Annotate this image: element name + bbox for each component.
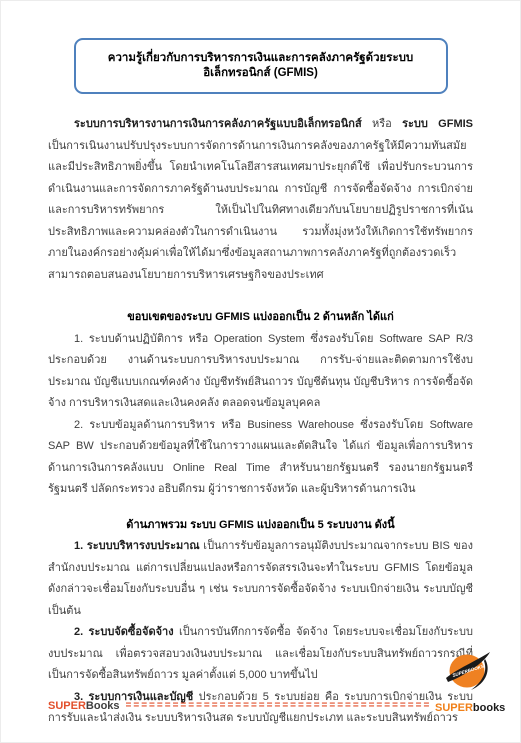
overview-item-2-lead: 2. ระบบจัดซื้อจัดจ้าง [74,626,174,638]
intro-body: เป็นการเนินงานปรับปรุงระบบการจัดการด้านก… [48,140,473,281]
document-title: ความรู้เกี่ยวกับการบริหารการเงินและการคล… [108,52,413,79]
overview-item-1: 1. ระบบบริหารงบประมาณ เป็นการรับข้อมูลกา… [48,536,473,622]
intro-lead-bold: ระบบการบริหารงานการเงินการคลังภาครัฐแบบอ… [74,118,362,130]
overview-section-heading: ด้านภาพรวม ระบบ GFMIS แบ่งออกเป็น 5 ระบบ… [48,515,473,537]
logo-text-super: SUPER [435,702,473,714]
logo-text-books: books [473,702,505,714]
superbooks-logo-text: SUPERbooks [435,702,505,714]
superbooks-logo: SUPERBOOKS SUPERbooks [435,698,501,713]
intro-paragraph: ระบบการบริหารงานการเงินการคลังภาครัฐแบบอ… [48,114,473,286]
document-title-box: ความรู้เกี่ยวกับการบริหารการเงินและการคล… [74,38,448,94]
scope-item-1: 1. ระบบด้านปฏิบัติการ หรือ Operation Sys… [48,329,473,415]
footer-divider-line: ========================================… [126,699,429,713]
intro-gfmis-bold: ระบบ GFMIS [402,118,473,130]
scope-item-2: 2. ระบบข้อมูลด้านการบริหาร หรือ Business… [48,415,473,501]
intro-connector: หรือ [362,118,402,130]
footer-brand-books: Books [86,700,120,712]
document-page: ความรู้เกี่ยวกับการบริหารการเงินและการคล… [0,0,521,743]
overview-item-1-lead: 1. ระบบบริหารงบประมาณ [74,540,200,552]
scope-section-heading: ขอบเขตของระบบ GFMIS แบ่งออกเป็น 2 ด้านหล… [48,307,473,329]
page-footer: SUPERBooks =============================… [48,698,501,713]
footer-brand-left: SUPERBooks [48,699,120,713]
footer-brand-super: SUPER [48,700,86,712]
overview-item-2: 2. ระบบจัดซื้อจัดจ้าง เป็นการบันทึกการจั… [48,622,473,687]
superbooks-swoosh-icon: SUPERBOOKS [444,650,492,701]
